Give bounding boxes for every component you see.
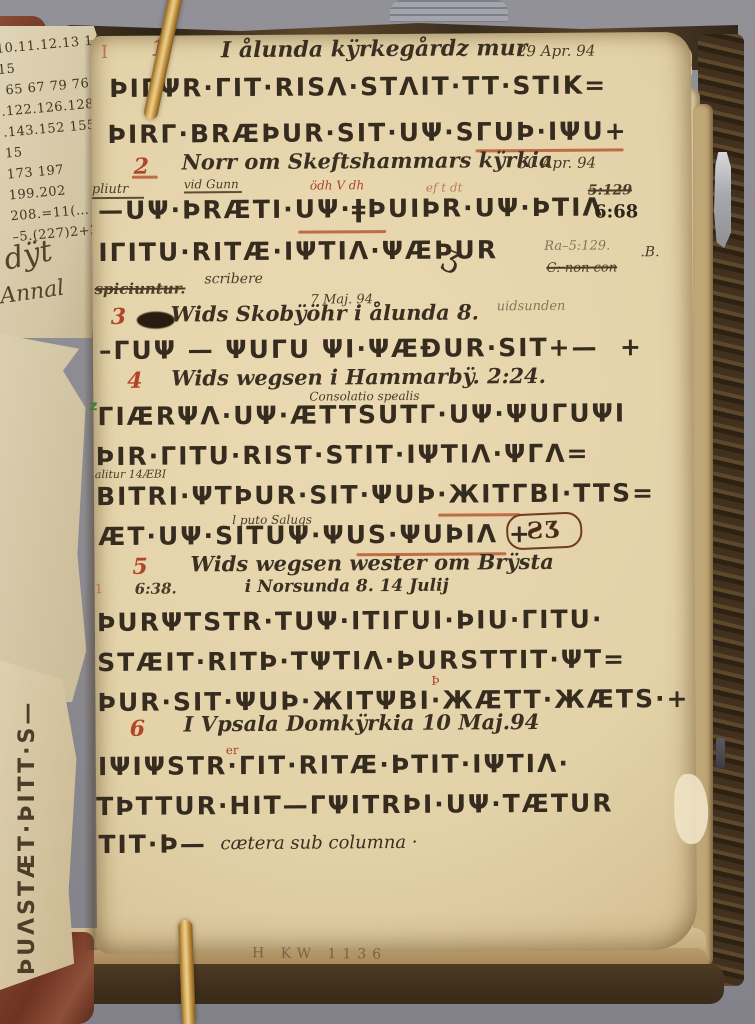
marginal-vid-gunn: vid Gunn (184, 177, 239, 191)
rune-line: IΓITU·RITÆ·IΨTIΛ·ΨÆÞUR (98, 235, 498, 267)
rune-line: ÞIR·ΓITU·RIST·STIT·IΨTIΛ·ΨΓΛ= (96, 439, 590, 471)
underline (184, 191, 242, 193)
section-number-5: 5 (132, 554, 147, 580)
rune-line: –ΓUΨ — ΨUΓU ΨI·ΨÆÐUR·SIT+— + (99, 332, 643, 365)
rune-line: TIT·Þ— (98, 829, 207, 859)
margin-number: 1 (95, 582, 103, 597)
section-number-4: 4 (127, 368, 142, 394)
leather-cover-bottom-edge (36, 964, 724, 1004)
rune-line: STÆIT·RITÞ·TΨTIΛ·ÞURSTTIT·ΨT= (97, 644, 626, 677)
date-note: 29 Apr. 94 (517, 42, 596, 61)
red-underline (438, 513, 520, 517)
section-number-3: 3 (111, 304, 126, 330)
vertical-rune-note: ÞUΛSTÆT·ÞITT·S— (15, 695, 41, 975)
rune-line: ÞIΓΨR·ΓIT·RISΛ·STΛIT·TT·STIK= (109, 71, 607, 103)
glass-weight (390, 0, 508, 22)
fore-edge-faint-text: H KW 1136 (252, 945, 387, 962)
date-note: 30 Apr. 94 (518, 154, 597, 173)
red-gloss-odh: ödh V dh (310, 178, 364, 192)
red-underline (298, 230, 386, 234)
photograph-of-runic-manuscript: 10.11.12.13 14 15 65 67 79 76 .122.126.1… (0, 0, 755, 1024)
section-number-6: 6 (130, 716, 145, 742)
note-scribere: scribere (204, 271, 263, 287)
subheading-norsunda: i Norsunda 8. 14 Julij (245, 576, 449, 597)
heading-alunda: I ålunda kÿrkegårdz mur (221, 35, 528, 63)
note-uidsunden: uidsunden (497, 299, 566, 314)
rune-line: BITRI·ΨTÞUR·SIT·ΨUÞ·ЖITΓBI·TTS= (96, 478, 655, 511)
reference-struck: 5:129 (588, 182, 632, 198)
heading-upsala: I Vpsala Domkÿrkia 10 Maj.94 (184, 709, 540, 736)
left-page-strip-torn (0, 334, 90, 702)
heading-hammarby: Wids wegsen i Hammarbÿ. 2:24. (171, 363, 546, 391)
note-non-con: C: non con (546, 260, 617, 275)
rune-line: ΓIÆRΨΛ·UΨ·ÆTTSUTΓ·UΨ·ΨUΓUΨI (97, 398, 626, 431)
note-caetera: cætera sub columna · (220, 832, 417, 854)
rune-line: ÆT·UΨ·SITUΨ·ΨUS·ΨUÞIΛ + (98, 519, 532, 551)
metal-pin (716, 738, 725, 768)
ink-blot (137, 312, 175, 329)
reference-638: 6:38. (135, 580, 177, 598)
cartouche-monogram: ƧƷ (506, 511, 583, 550)
reference: 6:68 (594, 201, 638, 222)
reference-ra: Ra–5:129. (544, 238, 610, 253)
rune-line: ÞIRΓ·BRÆÞUR·SIT·UΨ·SΓUÞ·IΨU+ (107, 116, 627, 149)
manuscript-page: I 1 I ålunda kÿrkegårdz mur 29 Apr. 94 Þ… (91, 32, 697, 954)
rune-line: ÞURΨTSTR·TUΨ·ITIΓUI·ÞIU·ΓITU· (97, 605, 604, 638)
note-spiciuntur: spiciuntur. (95, 279, 186, 298)
reference-b: .B. (640, 244, 659, 260)
rune-line: —UΨ·ÞRÆTI·UΨ·ǂÞUIÞR·UΨ·ÞTIΛ (98, 193, 604, 226)
gloss-alitur: alitur 14ÆBI (95, 468, 166, 481)
rune-line: IΨIΨSTR·ΓIT·RITÆ·ÞTIT·IΨTIΛ· (98, 749, 570, 781)
metal-clasp (714, 152, 731, 248)
marginal-pliutr: pliutr (92, 182, 129, 197)
heading-skeftshammar: Norr om Skeftshammars kÿrkia (182, 147, 553, 175)
rune-line: TÞTTUR·HIT—ΓΨITRÞI·UΨ·TÆTUR (96, 788, 614, 821)
heading-skobyohr: Wids Skobÿöhr i ålunda 8. (171, 299, 479, 326)
red-margin-mark: I (101, 42, 108, 63)
red-underline (132, 176, 158, 179)
heading-brysta: Wids wegsen wester om Brÿsta (190, 549, 553, 577)
